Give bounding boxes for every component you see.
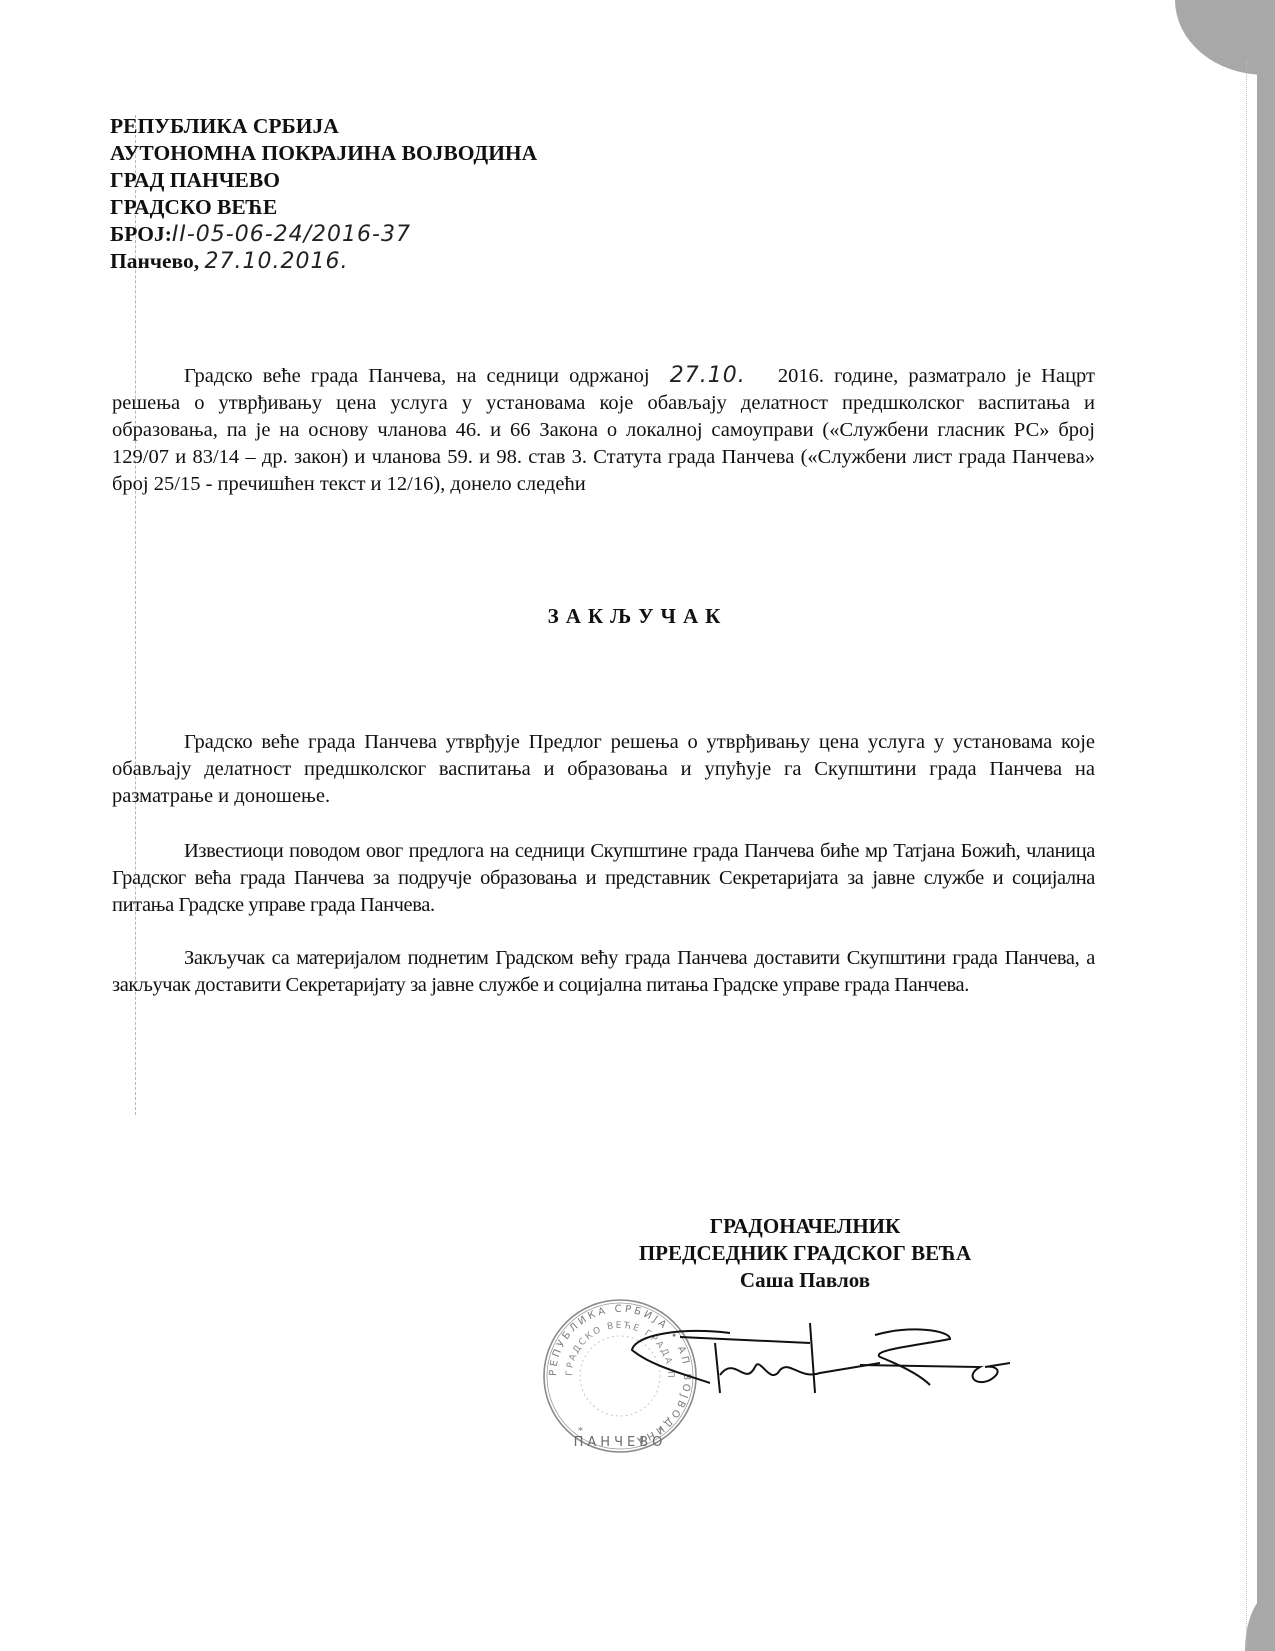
document-number-label: БРОЈ: [110, 222, 172, 246]
intro-text-start: Градско веће града Панчева, на седници о… [184, 365, 650, 387]
body-paragraph: Градско веће града Панчева утврђује Пред… [112, 729, 1095, 810]
document-number: БРОЈ:II-05-06-24/2016-37 [110, 221, 537, 248]
header-line: РЕПУБЛИКА СРБИЈА [110, 113, 537, 140]
document-title: ЗАКЉУЧАК [0, 604, 1275, 629]
svg-text:*: * [578, 1426, 583, 1437]
session-date-handwritten: 27.10. [670, 363, 746, 388]
signature-block: ГРАДОНАЧЕЛНИК ПРЕДСЕДНИК ГРАДСКОГ ВЕЋА С… [575, 1213, 1035, 1294]
signatory-title: ГРАДОНАЧЕЛНИК [575, 1213, 1035, 1240]
document-place-date: Панчево, 27.10.2016. [110, 248, 537, 275]
scan-edge-corner-bottom [1245, 1591, 1275, 1651]
svg-text:*: * [658, 1426, 663, 1437]
body-paragraph: Закључак са материјалом поднетим Градско… [112, 945, 1095, 999]
scan-edge-corner [1175, 0, 1275, 75]
signatory-name: Саша Павлов [575, 1267, 1035, 1294]
place-label: Панчево, [110, 249, 199, 273]
stamp-bottom-text: ПАНЧЕВО [574, 1435, 667, 1450]
scan-edge [1257, 0, 1275, 1651]
document-number-handwritten: II-05-06-24/2016-37 [172, 222, 411, 247]
header-line: ГРАДСКО ВЕЋЕ [110, 194, 537, 221]
body-paragraph: Известиоци поводом овог предлога на седн… [112, 838, 1095, 919]
intro-paragraph: Градско веће града Панчева, на седници о… [112, 362, 1095, 498]
header-line: ГРАД ПАНЧЕВО [110, 167, 537, 194]
signatory-title: ПРЕДСЕДНИК ГРАДСКОГ ВЕЋА [575, 1240, 1035, 1267]
document-header: РЕПУБЛИКА СРБИЈА АУТОНОМНА ПОКРАЈИНА ВОЈ… [110, 113, 537, 275]
scan-edge-noise [1246, 60, 1247, 1650]
handwritten-signature-icon [620, 1315, 1010, 1395]
header-line: АУТОНОМНА ПОКРАЈИНА ВОЈВОДИНА [110, 140, 537, 167]
date-handwritten: 27.10.2016. [205, 249, 349, 274]
